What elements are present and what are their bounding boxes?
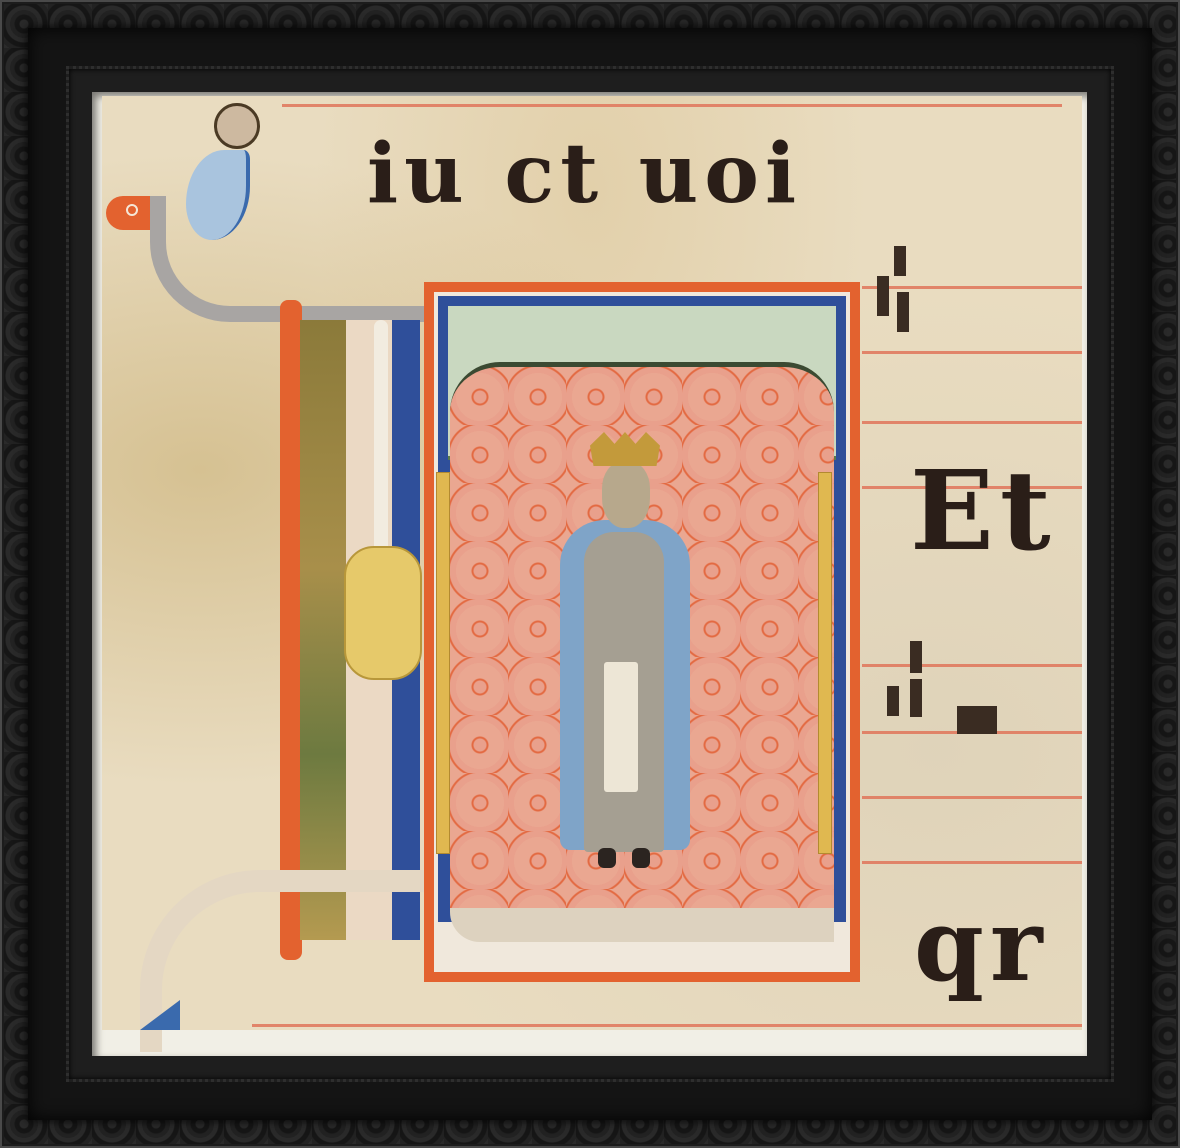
neume [910, 641, 922, 673]
neume [894, 246, 906, 276]
stem-gilded-band [300, 320, 350, 940]
staff-line [862, 664, 1082, 667]
neume [957, 706, 997, 734]
letter-stem [280, 300, 430, 960]
king-face [602, 462, 650, 528]
historiated-panel [424, 282, 860, 982]
gothic-text-et: Et [910, 446, 1057, 575]
gothic-text-qr: qr [914, 886, 1049, 1004]
bird-eye [126, 204, 138, 216]
staff-line [862, 861, 1082, 864]
ruling-line [282, 104, 1062, 107]
neume [877, 276, 889, 316]
panel-base-scroll [450, 908, 834, 942]
right-foot [632, 848, 650, 868]
left-foot [598, 848, 616, 868]
staff-line [862, 421, 1082, 424]
staff-line [862, 796, 1082, 799]
staff-line [862, 351, 1082, 354]
neume [897, 292, 909, 332]
gold-fist [344, 546, 422, 680]
crown-icon [590, 432, 660, 466]
right-pillar [818, 472, 832, 854]
left-pillar [436, 472, 450, 854]
neume [887, 686, 899, 716]
gold-ball-ornament [214, 103, 260, 149]
held-staff [374, 320, 388, 560]
staff-line [862, 286, 1082, 289]
crowned-king-figure [554, 432, 694, 892]
scroll [604, 662, 638, 792]
stem-red-border [280, 300, 302, 960]
neume [910, 679, 922, 717]
